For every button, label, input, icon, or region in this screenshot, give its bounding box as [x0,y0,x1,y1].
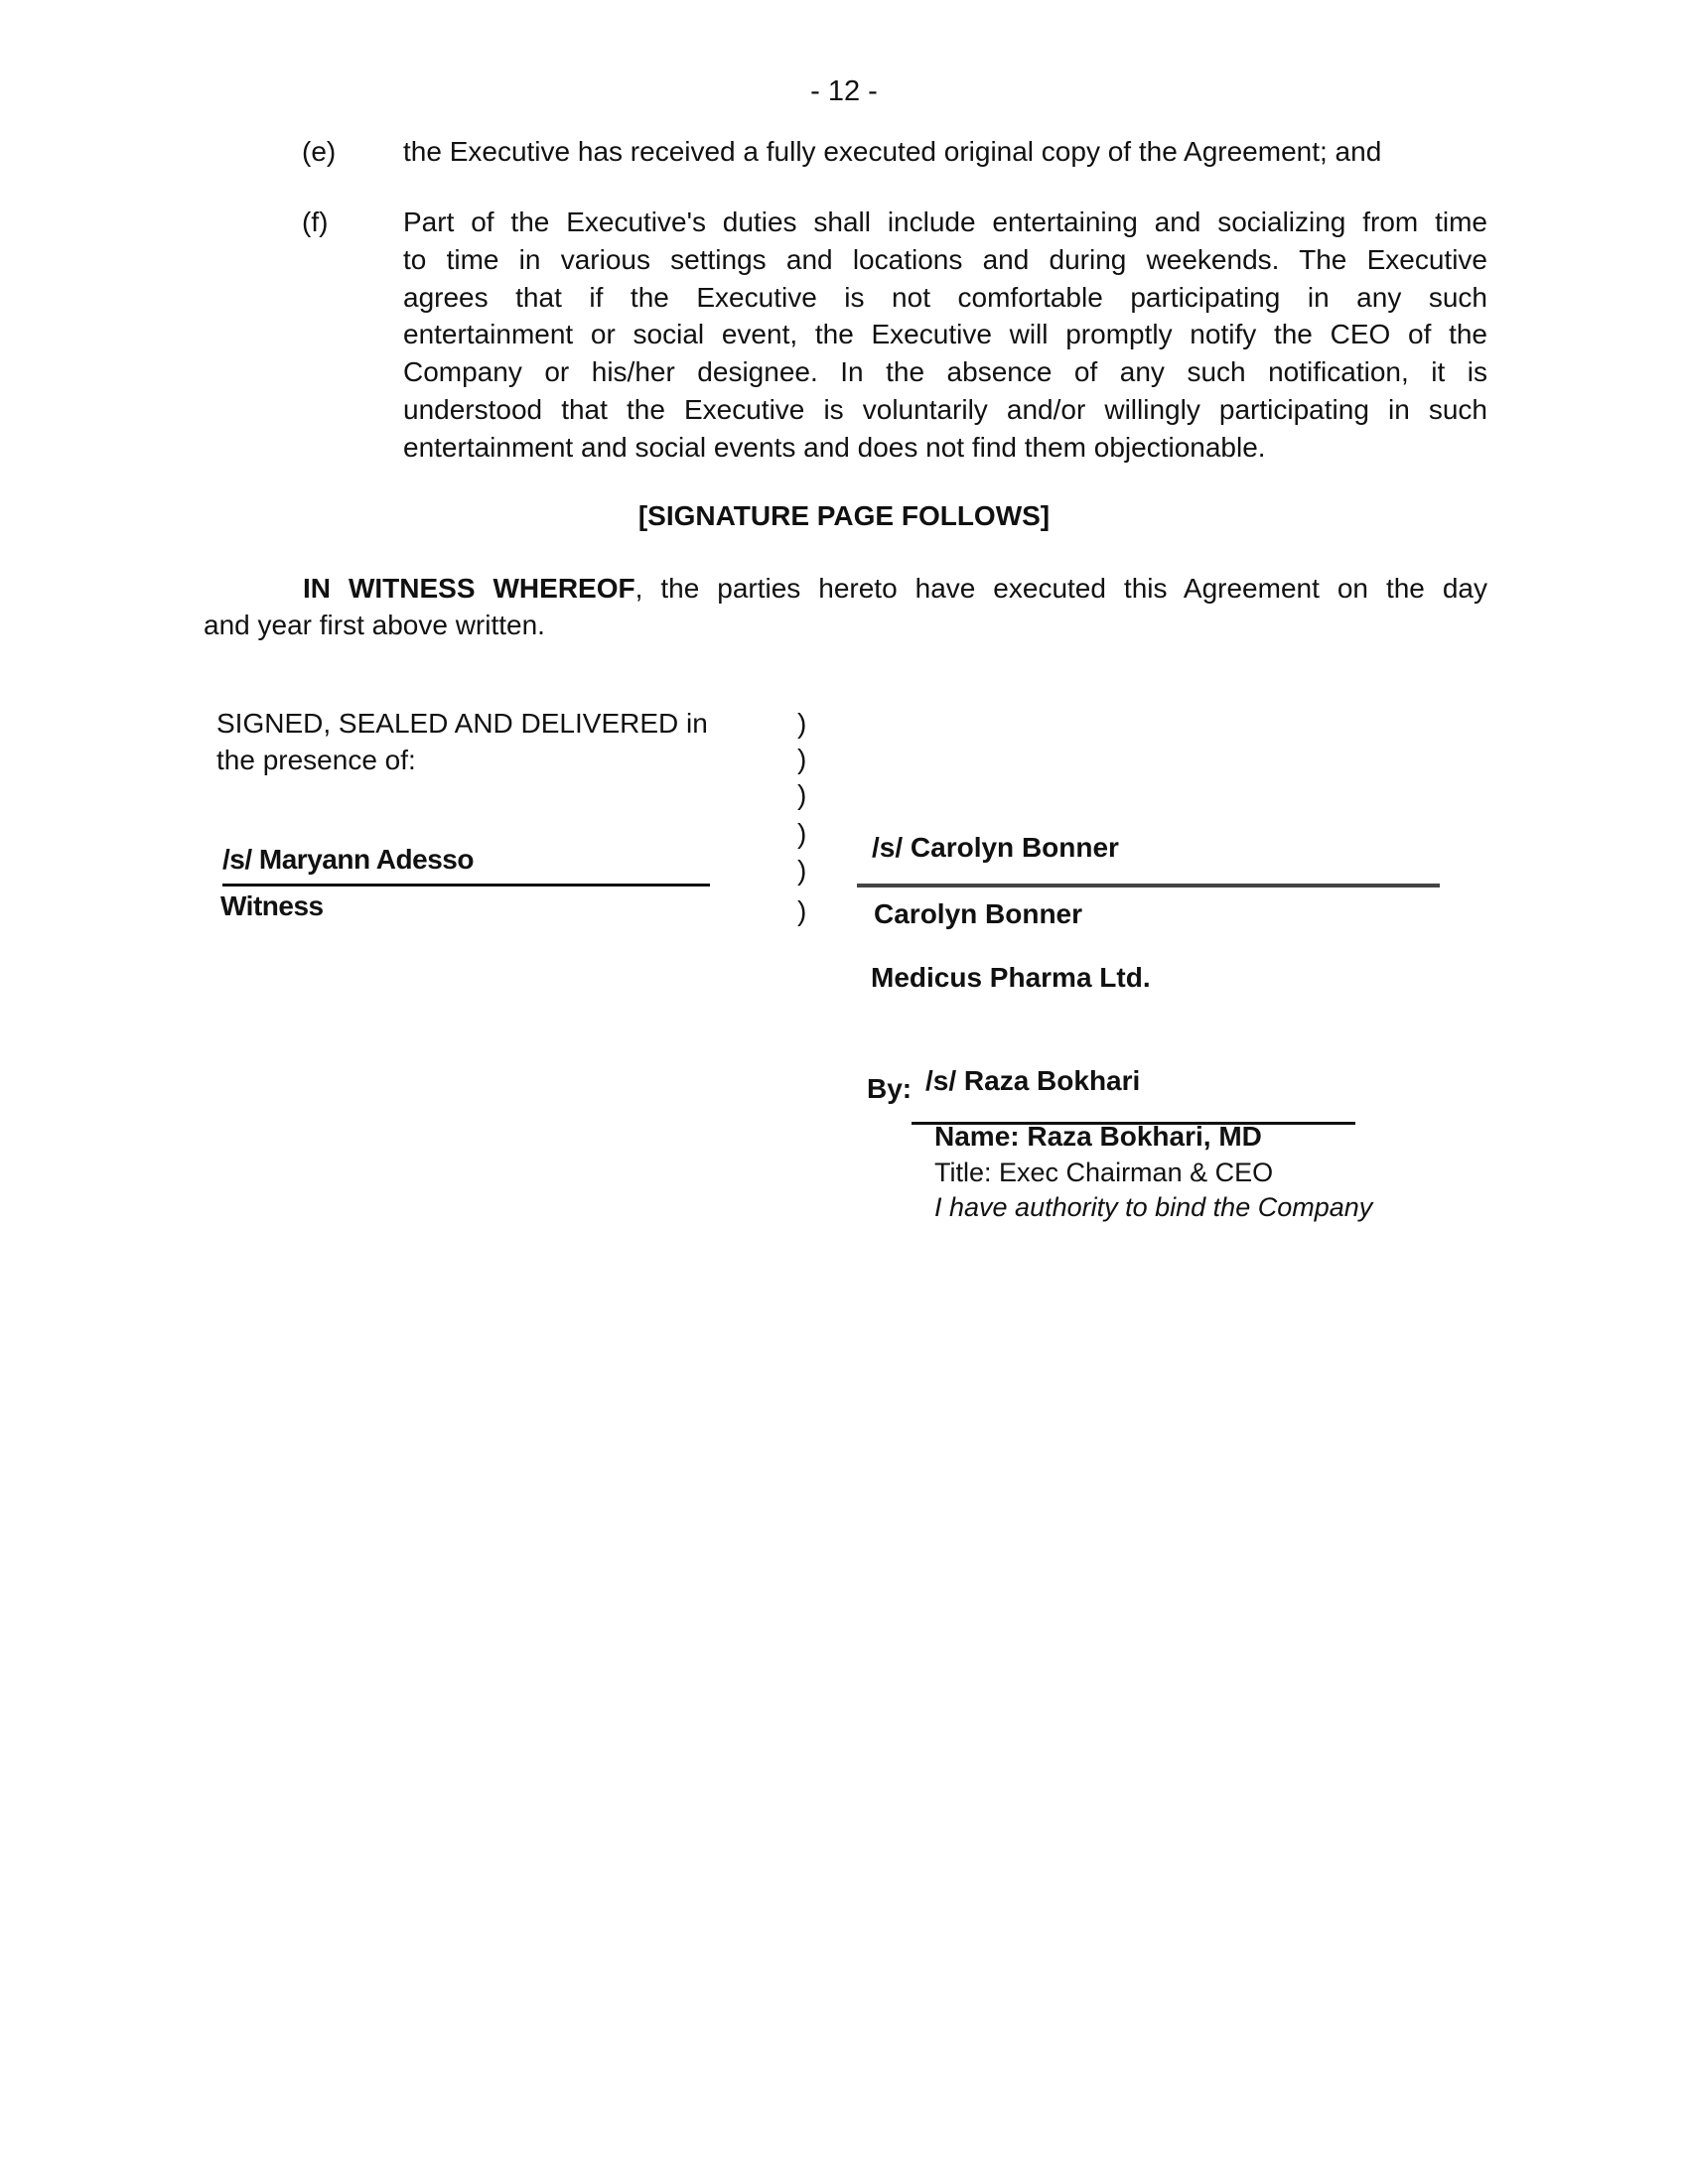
item-f-line: entertainment or social event, the Execu… [403,316,1487,353]
by-label: By: [867,1073,912,1105]
signature-page-follows-heading: [SIGNATURE PAGE FOLLOWS] [0,500,1688,532]
authority-statement: I have authority to bind the Company [934,1192,1372,1223]
signed-sealed-line1: SIGNED, SEALED AND DELIVERED in [216,705,708,742]
item-f-line: Company or his/her designee. In the abse… [403,353,1487,391]
item-f-line: to time in various settings and location… [403,241,1487,279]
bracket-paren: ) [797,776,806,813]
company-name: Medicus Pharma Ltd. [871,962,1151,994]
signed-sealed-line2: the presence of: [216,742,708,778]
witness-clause-rest: , the parties hereto have executed this … [635,573,1487,604]
witness-clause-line2: and year first above written. [204,607,1487,643]
witness-clause-lead: IN WITNESS WHEREOF [303,573,635,604]
page-number: - 12 - [0,75,1688,108]
signer-title: Title: Exec Chairman & CEO [934,1158,1273,1188]
item-f-line: Part of the Executive's duties shall inc… [403,204,1487,241]
signer-name: Name: Raza Bokhari, MD [934,1121,1262,1153]
bracket-paren: ) [797,852,806,888]
bracket-paren: ) [797,705,806,742]
executive-name: Carolyn Bonner [874,898,1082,930]
bracket-paren: ) [797,892,806,929]
item-f-line: understood that the Executive is volunta… [403,391,1487,429]
witness-clause: IN WITNESS WHEREOF, the parties hereto h… [204,570,1487,643]
item-e-text: the Executive has received a fully execu… [403,133,1381,171]
company-signature: /s/ Raza Bokhari [925,1065,1140,1097]
item-f-label: (f) [302,204,328,241]
signed-sealed-delivered: SIGNED, SEALED AND DELIVERED in the pres… [216,705,708,778]
executive-signature-line [857,884,1440,887]
item-f-line: agrees that if the Executive is not comf… [403,279,1487,317]
executive-signature: /s/ Carolyn Bonner [872,832,1119,864]
witness-signature: /s/ Maryann Adesso [222,844,474,876]
item-e-label: (e) [302,133,336,171]
witness-label: Witness [220,890,324,922]
item-f-line: entertainment and social events and does… [403,429,1487,467]
bracket-paren: ) [797,741,806,777]
bracket-paren: ) [797,815,806,852]
witness-signature-line [222,884,710,887]
item-f-paragraph: Part of the Executive's duties shall inc… [403,204,1487,467]
